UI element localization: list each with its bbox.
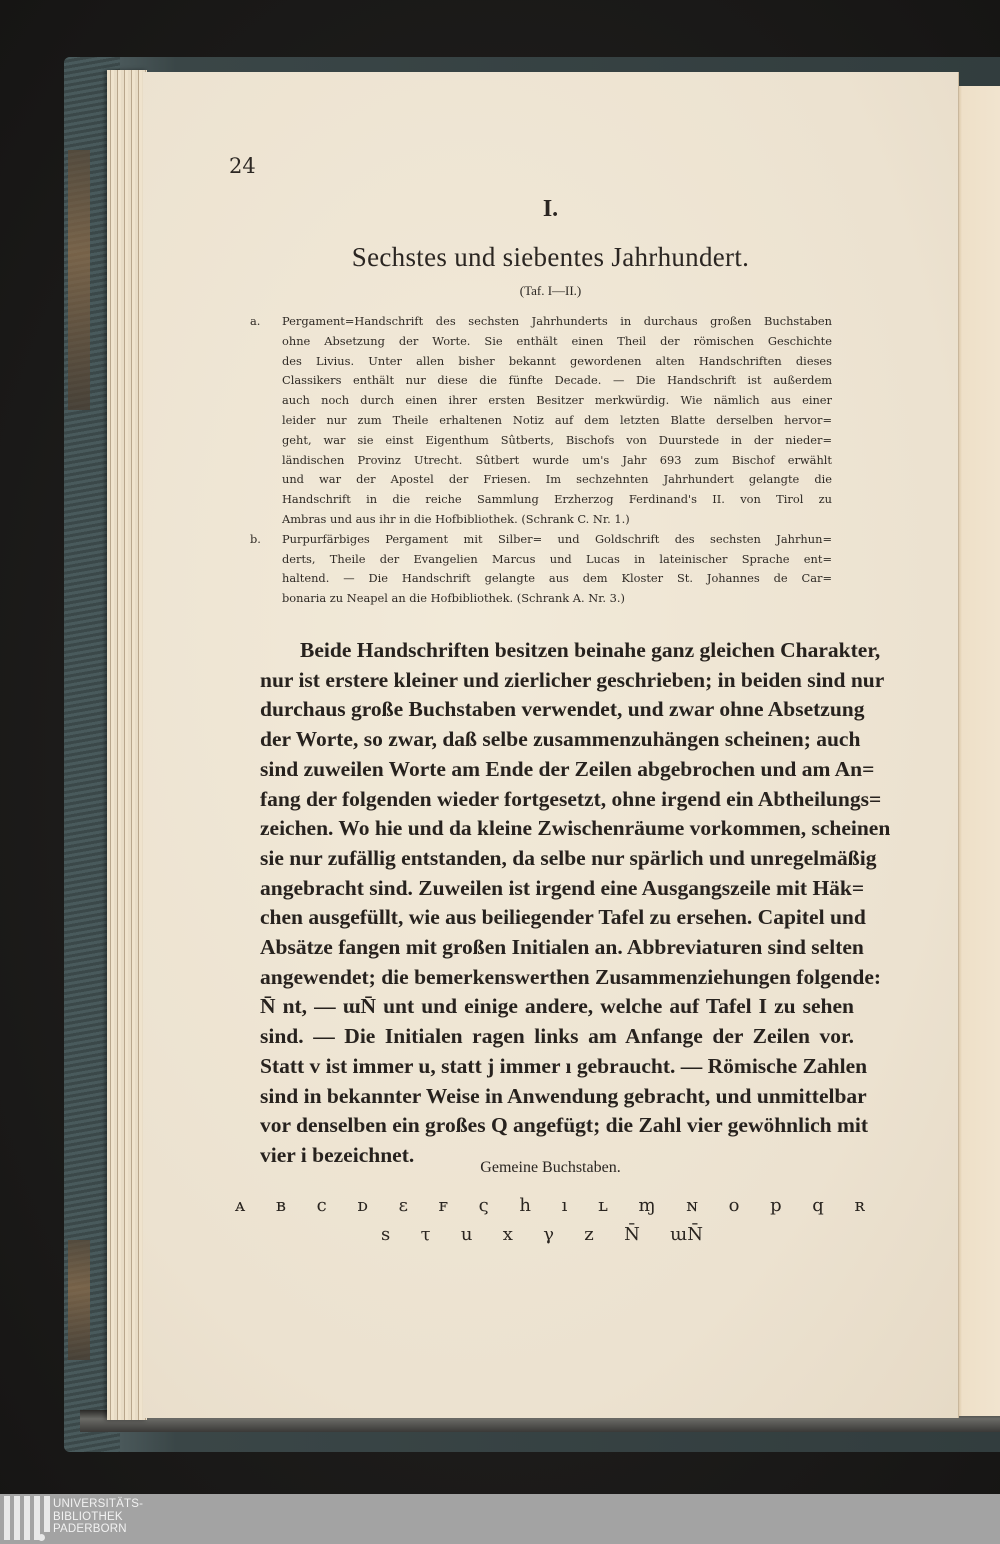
book-page: 24 I. Sechstes und siebentes Jahrhundert… bbox=[143, 72, 958, 1418]
section-numeral: I. bbox=[143, 196, 958, 223]
letter-glyph: z bbox=[584, 1224, 593, 1245]
letter-glyph: ı bbox=[562, 1195, 568, 1216]
note-line: ohne Absetzung der Worte. Sie enthält ei… bbox=[282, 332, 832, 352]
body-paragraph: Beide Handschriften besitzen beinahe gan… bbox=[260, 636, 854, 1171]
letter-glyph: h bbox=[519, 1195, 531, 1216]
letter-glyph: ɯN̄ bbox=[670, 1224, 703, 1245]
body-line: vor denselben ein großes Q angefügt; die… bbox=[260, 1111, 854, 1141]
library-logo-bar: UNIVERSITÄTS- BIBLIOTHEK PADERBORN bbox=[0, 1494, 1000, 1544]
chapter-title: Sechstes und siebentes Jahrhundert. bbox=[143, 242, 958, 273]
body-line: fang der folgenden wieder fortgesetzt, o… bbox=[260, 785, 854, 815]
note-line: leider nur zum Theile erhaltenen Notiz a… bbox=[282, 411, 832, 431]
body-line: angebracht sind. Zuweilen ist irgend ein… bbox=[260, 874, 854, 904]
note-line: haltend. — Die Handschrift gelangte aus … bbox=[282, 569, 832, 589]
body-line: sind zuweilen Worte am Ende der Zeilen a… bbox=[260, 755, 854, 785]
letter-glyph: τ bbox=[421, 1224, 431, 1245]
letter-glyph: ɴ bbox=[686, 1195, 698, 1216]
note-line: auch noch durch einen ihrer ersten Besit… bbox=[282, 391, 832, 411]
letter-glyph: ᴅ bbox=[357, 1195, 368, 1216]
cover-wear-mark bbox=[68, 150, 90, 410]
logo-line: BIBLIOTHEK bbox=[53, 1511, 143, 1524]
body-line: sind in bekannter Weise in Anwendung geb… bbox=[260, 1082, 854, 1112]
letter-glyph: s bbox=[381, 1224, 390, 1245]
letter-glyph: ɛ bbox=[399, 1195, 408, 1216]
note-marker: a. bbox=[250, 312, 260, 332]
note-line: Purpurfärbiges Pergament mit Silber= und… bbox=[282, 530, 832, 550]
letter-glyph: p bbox=[770, 1195, 782, 1216]
letter-glyph: ʀ bbox=[854, 1195, 864, 1216]
note-line: Handschrift in die reiche Sammlung Erzhe… bbox=[282, 490, 832, 510]
body-line: Statt v ist immer u, statt j immer ı geb… bbox=[260, 1052, 854, 1082]
letter-glyph: q bbox=[812, 1195, 824, 1216]
letter-glyph: ɱ bbox=[639, 1195, 656, 1216]
note-line: Classikers enthält nur diese die fünfte … bbox=[282, 371, 832, 391]
body-line: durchaus große Buchstaben verwendet, und… bbox=[260, 695, 854, 725]
library-logo-dot-icon bbox=[38, 1534, 45, 1541]
page-number: 24 bbox=[229, 154, 256, 178]
body-line: N̄ nt, — ɯN̄ unt und einige andere, welc… bbox=[260, 992, 854, 1022]
note-line: des Livius. Unter allen bisher bekannt g… bbox=[282, 352, 832, 372]
cover-wear-mark bbox=[68, 1240, 90, 1360]
body-line: nur ist erstere kleiner und zierlicher g… bbox=[260, 666, 854, 696]
logo-line: UNIVERSITÄTS- bbox=[53, 1498, 143, 1511]
letter-specimens-row-2: s τ u x γ z N̄ ɯN̄ bbox=[381, 1224, 703, 1245]
note-line: geht, war sie einst Eigenthum Sûtberts, … bbox=[282, 431, 832, 451]
plate-reference: (Taf. I—II.) bbox=[143, 283, 958, 299]
note-line: ländischen Provinz Utrecht. Sûtbert wurd… bbox=[282, 451, 832, 471]
letter-specimens-row-1: ᴀ ʙ c ᴅ ɛ ꜰ ς h ı ʟ ɱ ɴ o p q ʀ bbox=[235, 1195, 865, 1216]
page-stack-edge bbox=[107, 70, 147, 1420]
note-line: Pergament=Handschrift des sechsten Jahrh… bbox=[282, 312, 832, 332]
note-line: bonaria zu Neapel an die Hofbibliothek. … bbox=[282, 589, 832, 609]
letter-glyph: ʟ bbox=[598, 1195, 608, 1216]
letter-glyph: ꜰ bbox=[439, 1195, 448, 1216]
facing-page-edge bbox=[958, 86, 1000, 1416]
body-line: Beide Handschriften besitzen beinahe gan… bbox=[260, 636, 854, 666]
letter-glyph: ᴀ bbox=[235, 1195, 245, 1216]
library-logo-text: UNIVERSITÄTS- BIBLIOTHEK PADERBORN bbox=[53, 1498, 143, 1536]
manuscript-notes: a. Pergament=Handschrift des sechsten Ja… bbox=[250, 312, 832, 609]
note-line: Ambras und aus ihr in die Hofbibliothek.… bbox=[282, 510, 832, 530]
note-line: und war der Apostel der Friesen. Im sech… bbox=[282, 470, 832, 490]
body-line: angewendet; die bemerkenswerthen Zusamme… bbox=[260, 963, 854, 993]
note-marker: b. bbox=[250, 530, 261, 550]
note-b: b. Purpurfärbiges Pergament mit Silber= … bbox=[250, 530, 832, 609]
letter-glyph: ς bbox=[479, 1195, 489, 1216]
page-content: 24 I. Sechstes und siebentes Jahrhundert… bbox=[143, 72, 958, 1418]
letter-glyph: ʙ bbox=[276, 1195, 286, 1216]
letter-glyph: o bbox=[729, 1195, 740, 1216]
letter-glyph: γ bbox=[543, 1224, 554, 1245]
letter-glyph: u bbox=[461, 1224, 473, 1245]
body-line: der Worte, so zwar, daß selbe zusammenzu… bbox=[260, 725, 854, 755]
logo-line: PADERBORN bbox=[53, 1523, 143, 1536]
body-line: zeichen. Wo hie und da kleine Zwischenrä… bbox=[260, 814, 854, 844]
body-line: sind. — Die Initialen ragen links am Anf… bbox=[260, 1022, 854, 1052]
letters-heading: Gemeine Buchstaben. bbox=[143, 1159, 958, 1177]
body-line: sie nur zufällig entstanden, da selbe nu… bbox=[260, 844, 854, 874]
note-line: derts, Theile der Evangelien Marcus und … bbox=[282, 550, 832, 570]
note-a: a. Pergament=Handschrift des sechsten Ja… bbox=[250, 312, 832, 530]
letter-glyph: N̄ bbox=[624, 1224, 640, 1245]
body-line: chen ausgefüllt, wie aus beiliegender Ta… bbox=[260, 903, 854, 933]
body-line: Absätze fangen mit großen Initialen an. … bbox=[260, 933, 854, 963]
letter-glyph: c bbox=[317, 1195, 327, 1216]
letter-glyph: x bbox=[503, 1224, 513, 1245]
